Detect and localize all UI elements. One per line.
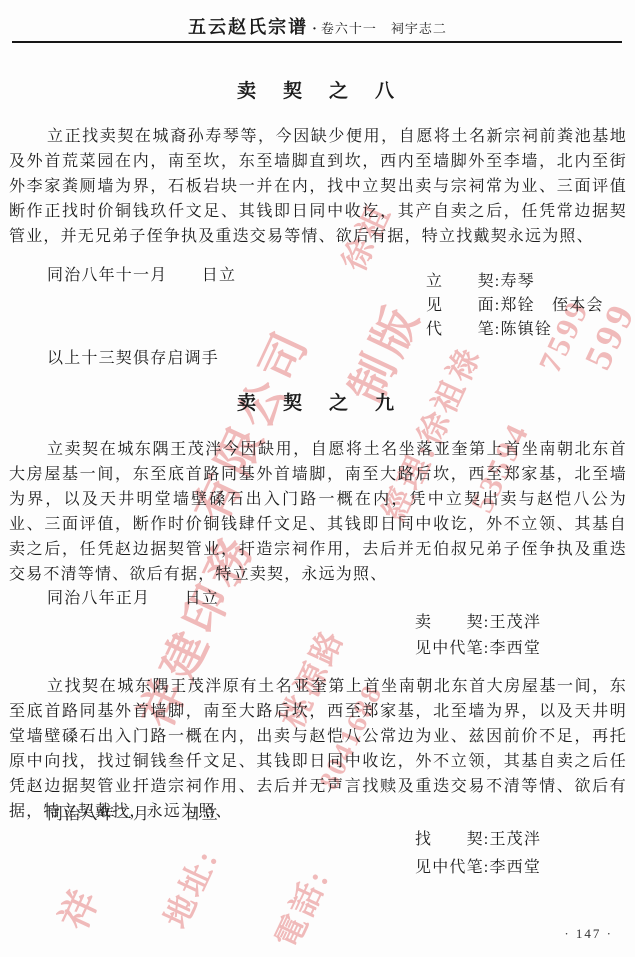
page-number: · 147 · — [564, 926, 613, 942]
book-title: 五云赵氏宗谱 — [188, 17, 308, 37]
supplementary-contract-signatures: 找 契:王茂泮 见中代笔:李西堂 — [415, 826, 541, 882]
contract-9-title: 卖 契 之 九 — [0, 388, 635, 415]
contract-8-signatures: 立 契:寿琴 见 面:郑铨 侄本会 代 笔:陈镇铨 — [426, 270, 604, 342]
signature-line: 立 契:寿琴 — [426, 270, 604, 294]
watermark-fragment: 地址: — [151, 839, 228, 934]
contract-8-title: 卖 契 之 八 — [0, 76, 635, 103]
contract-9-signatures: 卖 契:王茂泮 见中代笔:李西堂 — [415, 610, 541, 662]
signature-line: 见 面:郑铨 侄本会 — [426, 294, 604, 318]
watermark-fragment: 電話: — [262, 859, 339, 954]
header-rule — [12, 41, 622, 43]
header-separator-dot: · — [312, 22, 317, 37]
contract-8-date: 同治八年十一月 日立 — [47, 262, 236, 285]
signature-line: 见中代笔:李西堂 — [415, 854, 541, 882]
signature-line: 见中代笔:李西堂 — [415, 636, 541, 662]
volume-and-section: 卷六十一 祠宇志二 — [321, 21, 447, 36]
contract-9-date: 同治八年正月 日立 — [47, 585, 219, 608]
running-header: 五云赵氏宗谱·卷六十一 祠宇志二 — [0, 13, 635, 39]
signature-line: 代 笔:陈镇铨 — [426, 318, 604, 342]
supplementary-contract-date: 同治八年二月 日立 — [47, 801, 219, 824]
genealogy-page: 祥建印務 有限公司 制版 經理:徐祖祿 徐祖 53594 7599 599 地址… — [0, 0, 635, 957]
signature-line: 找 契:王茂泮 — [415, 826, 541, 854]
archive-note: 以上十三契俱存启调手 — [47, 345, 219, 368]
watermark-fragment: 祥 — [43, 876, 111, 937]
contract-8-body: 立正找卖契在城裔孙寿琴等，今因缺少便用，自愿将土名新宗祠前粪池基地及外首荒菜园在… — [9, 124, 627, 249]
signature-line: 卖 契:王茂泮 — [415, 610, 541, 636]
contract-9-body: 立卖契在城东隅王茂泮今因缺用，自愿将土名坐落亚奎第上首坐南朝北东首大房屋基一间，… — [9, 437, 627, 587]
